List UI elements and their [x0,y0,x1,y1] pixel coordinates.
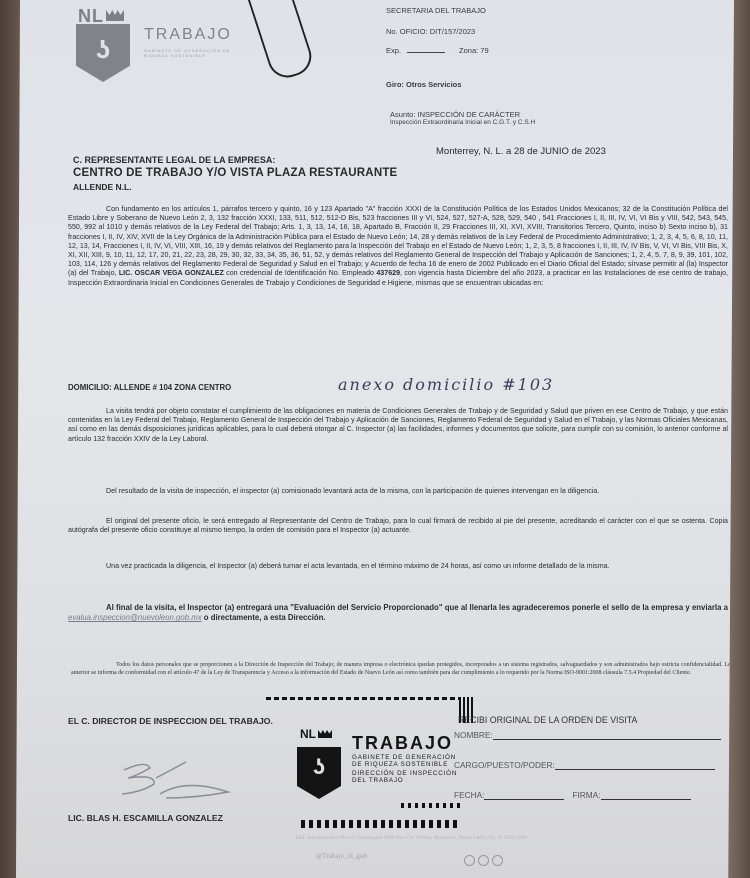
inspector-name: LIC. OSCAR VEGA GONZALEZ [119,269,224,277]
exp-blank [407,52,445,53]
social-icons [464,855,503,866]
stamp-subtitle: GABINETE DE GENERACIÓN DE RIQUEZA SOSTEN… [352,754,472,784]
stamp-line-4: DEL TRABAJO [352,777,472,784]
footer-address: Edif. Administrativo Piso 12 Washington … [201,835,621,841]
stamp-line-3: DIRECCIÓN DE INSPECCIÓN [352,770,472,777]
crown-icon [106,10,124,21]
recipient-line-1: C. REPRESENTANTE LEGAL DE LA EMPRESA: [73,155,275,165]
p1-mid: con credencial de Identificación No. Emp… [224,269,377,277]
stamp-line-1: GABINETE DE GENERACIÓN [352,754,472,761]
document-page: NL ʖ TRABAJO GABINETE DE GENERACIÓN DE R… [16,0,734,878]
receipt-title: RECIBI ORIGINAL DE LA ORDEN DE VISITA [458,715,637,725]
logo-subtitle: GABINETE DE GENERACIÓN DE RIQUEZA SOSTEN… [144,48,254,58]
secretaria-heading: SECRETARIA DEL TRABAJO [386,6,486,15]
name-line[interactable] [493,739,721,740]
footer-social-handle: @Trabajo_nl_gob [316,852,367,860]
paperclip-icon [247,0,316,83]
original-paragraph: El original del presente oficio, le será… [68,517,728,535]
stamp-title: TRABAJO [352,733,453,754]
firma-label: FIRMA: [572,790,600,800]
receipt-date-sign-field[interactable]: FECHA:FIRMA: [454,790,691,800]
exp-zona-line: Exp.Zona: 79 [386,46,489,55]
handwritten-note: anexo domicilio #103 [338,375,554,394]
stamp-dots-top [401,803,461,808]
cargo-line[interactable] [555,769,715,770]
fecha-label: FECHA: [454,790,484,800]
name-label: NOMBRE: [454,730,493,740]
oficio-number: No. OFICIO: DIT/157/2023 [386,27,475,36]
deadline-paragraph: Una vez practicada la diligencia, el Ins… [68,562,728,571]
domicilio: DOMICILIO: ALLENDE # 104 ZONA CENTRO [68,383,231,392]
asunto-detail: Inspección Extraordinaria Inicial en C.G… [390,119,535,126]
instagram-icon [492,855,503,866]
date-line: Monterrey, N. L. a 28 de JUNIO de 2023 [436,146,606,157]
employee-number: 437629 [376,269,400,277]
fecha-line[interactable] [484,799,564,800]
stamp-nl-text: NL [300,727,316,741]
signature-scribble-icon [116,758,236,800]
p1-text: Con fundamento en los artículos 1, párra… [68,205,728,277]
p6-start: Al final de la visita, el Inspector (a) … [106,603,728,612]
evaluation-paragraph: Al final de la visita, el Inspector (a) … [68,603,728,623]
stamp-lion-icon: ʖ [302,754,336,780]
zona-value: Zona: 79 [459,46,489,55]
logo-nl-text: NL [78,6,104,26]
director-title: EL C. DIRECTOR DE INSPECCION DEL TRABAJO… [68,716,273,726]
stamp-line-2: DE RIQUEZA SOSTENIBLE [352,761,472,768]
privacy-notice: Todos los datos personales que se propor… [71,661,731,677]
facebook-icon [464,855,475,866]
signer-name: LIC. BLAS H. ESCAMILLA GONZALEZ [68,813,223,823]
stamp-crown-icon [318,730,332,738]
visit-purpose-paragraph: La visita tendrá por objeto constatar el… [68,407,728,444]
stamp-dash-line [266,697,461,700]
firma-line[interactable] [601,799,691,800]
twitter-icon [478,855,489,866]
p6-end: o directamente, a esta Dirección. [202,613,326,622]
evaluation-email-link[interactable]: evalua.inspeccion@nuevoleon.gob.mx [68,613,202,622]
result-paragraph: Del resultado de la visita de inspección… [68,487,728,496]
stamp-dots [301,808,461,828]
receipt-cargo-field[interactable]: CARGO/PUESTO/PODER: [454,760,715,770]
exp-label: Exp. [386,46,401,55]
receipt-name-field[interactable]: NOMBRE: [454,730,721,740]
legal-basis-paragraph: Con fundamento en los artículos 1, párra… [68,205,728,288]
giro: Giro: Otros Servicios [386,80,461,89]
stamp-nl: NL [300,727,332,741]
recipient-line-3: ALLENDE N.L. [73,182,132,192]
recipient-line-2: CENTRO DE TRABAJO Y/O VISTA PLAZA RESTAU… [73,167,397,179]
logo-title: TRABAJO [144,26,232,44]
logo-nl: NL [78,6,124,27]
lion-emblem-icon: ʖ [82,34,124,65]
asunto: Asunto: INSPECCIÓN DE CARÁCTER [390,110,520,119]
